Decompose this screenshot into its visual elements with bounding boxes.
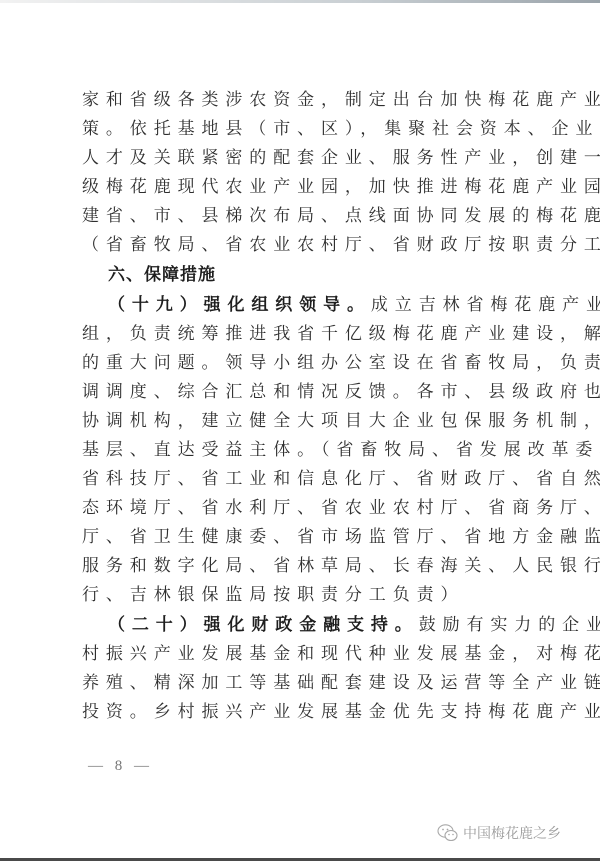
text-line: 调调度、综合汇总和情况反馈。各市、县级政府也要成立相应的	[82, 378, 600, 406]
text-line: 的重大问题。领导小组办公室设在省畜牧局，负责日常工作的协	[82, 349, 600, 377]
paragraph-19-text: 成立吉林省梅花鹿产业发展领导小	[371, 295, 600, 315]
wechat-icon	[437, 823, 459, 843]
text-line: 态环境厅、省水利厅、省农业农村厅、省商务厅、省文化和旅游	[82, 494, 600, 522]
paragraph-20-first-line: （二十）强化财政金融支持。鼓励有实力的企业利用省级乡	[108, 611, 600, 639]
paragraph-19-first-line: （十九）强化组织领导。成立吉林省梅花鹿产业发展领导小	[108, 291, 600, 319]
page-number: — 8 —	[88, 758, 153, 775]
paragraph-20-text: 鼓励有实力的企业利用省级乡	[419, 615, 600, 635]
text-line: 人才及关联紧密的配套企业、服务性产业，创建一批省级、国家	[82, 144, 600, 172]
text-line: 厅、省卫生健康委、省市场监管厅、省地方金融监管局、省政务	[82, 523, 600, 551]
text-line: （省畜牧局、省农业农村厅、省财政厅按职责分工负责）	[82, 231, 600, 259]
scan-top-edge	[0, 0, 600, 3]
paragraph-19-lead: （十九）强化组织领导。	[108, 295, 371, 315]
text-line: 家和省级各类涉农资金，制定出台加快梅花鹿产业发展的扶持政	[82, 86, 600, 114]
text-line: 协调机构，建立健全大项目大企业包保服务机制，促进政策直达	[82, 407, 600, 435]
text-line: 组，负责统筹推进我省千亿级梅花鹿产业建设，解决发展中遇到	[82, 320, 600, 348]
text-line: 级梅花鹿现代农业产业园，加快推进梅花鹿产业园项目建设，构	[82, 173, 600, 201]
text-line: 行、吉林银保监局按职责分工负责）	[82, 581, 464, 609]
text-line: 策。依托基地县（市、区），集聚社会资本、企业家、技术创新	[82, 115, 600, 143]
text-line: 基层、直达受益主体。（省畜牧局、省发展改革委、省教育厅、	[82, 436, 600, 464]
section-heading: 六、保障措施	[108, 261, 216, 289]
text-line: 村振兴产业发展基金和现代种业发展基金，对梅花鹿产业育种、	[82, 640, 600, 668]
paragraph-20-lead: （二十）强化财政金融支持。	[108, 615, 419, 635]
text-line: 服务和数字化局、省林草局、长春海关、人民银行长春中心支	[82, 552, 600, 580]
text-line: 省科技厅、省工业和信息化厅、省财政厅、省自然资源厅、省生	[82, 465, 600, 493]
text-line: 养殖、精深加工等基础配套建设及运营等全产业链建设进行股权	[82, 669, 600, 697]
watermark-text: 中国梅花鹿之乡	[463, 823, 561, 843]
text-line: 建省、市、县梯次布局、点线面协同发展的梅花鹿产业集群。	[82, 202, 600, 230]
text-line: 投资。乡村振兴产业发展基金优先支持梅花鹿产业项目直投。鼓	[82, 698, 600, 726]
watermark: 中国梅花鹿之乡	[437, 822, 561, 844]
